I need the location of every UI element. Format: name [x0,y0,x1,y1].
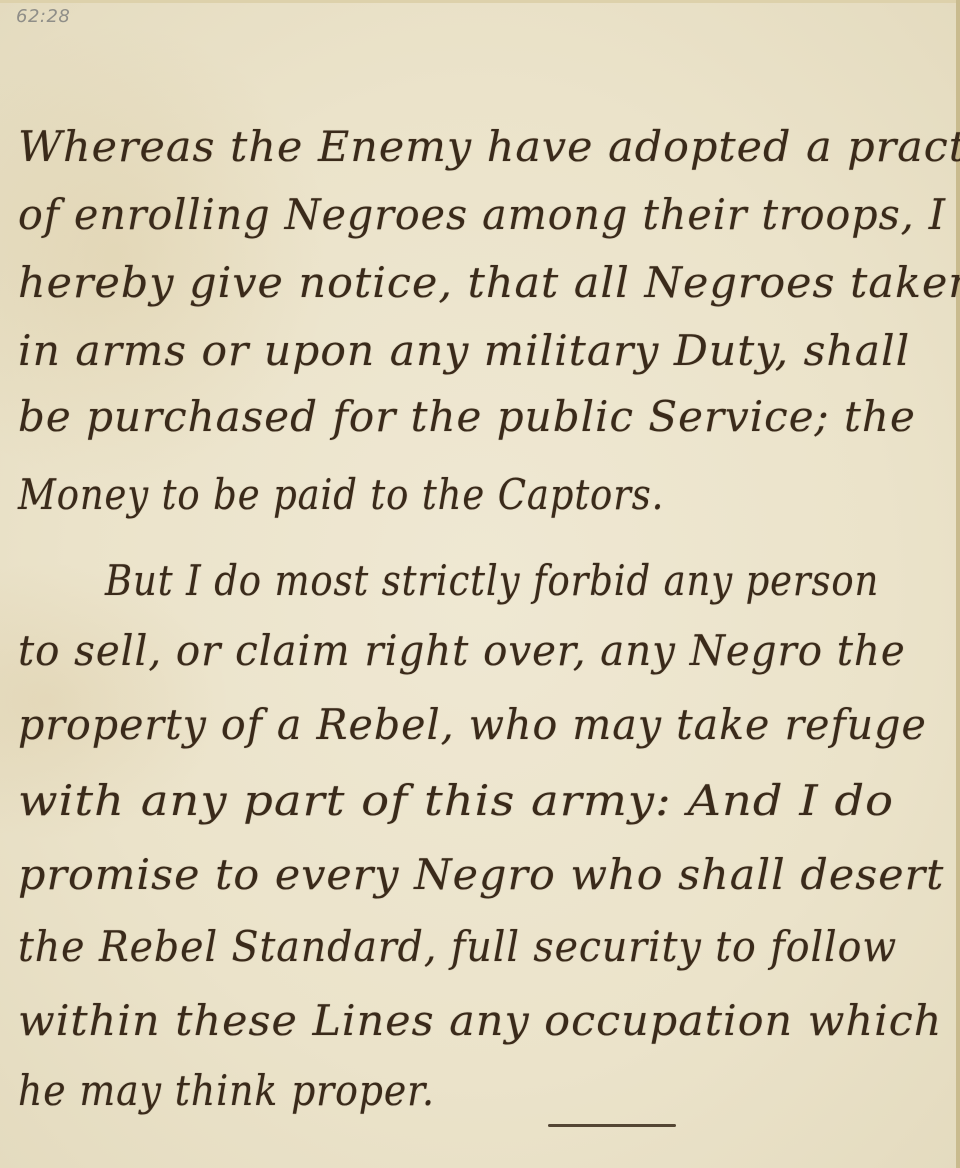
closing-flourish [548,1124,676,1127]
text-line: of enrolling Negroes among their troops,… [18,190,960,239]
text-line: in arms or upon any military Duty, shall [18,326,910,375]
text-line: Whereas the Enemy have adopted a practic… [18,122,960,171]
text-line: he may think proper. [18,1066,435,1115]
text-line: with any part of this army: And I do [18,776,894,825]
manuscript-page: 62:28 Whereas the Enemy have adopted a p… [0,0,960,1168]
catalog-number: 62:28 [16,6,70,27]
text-line: property of a Rebel, who may take refuge [18,700,927,749]
text-line: But I do most strictly forbid any person [105,556,879,605]
text-line: to sell, or claim right over, any Negro … [18,626,906,675]
text-line: the Rebel Standard, full security to fol… [18,922,897,971]
text-line: be purchased for the public Service; the [18,392,916,441]
text-line: promise to every Negro who shall desert [18,850,944,899]
text-line: Money to be paid to the Captors. [18,470,664,519]
text-line: within these Lines any occupation which [18,996,942,1045]
text-line: hereby give notice, that all Negroes tak… [18,258,960,307]
